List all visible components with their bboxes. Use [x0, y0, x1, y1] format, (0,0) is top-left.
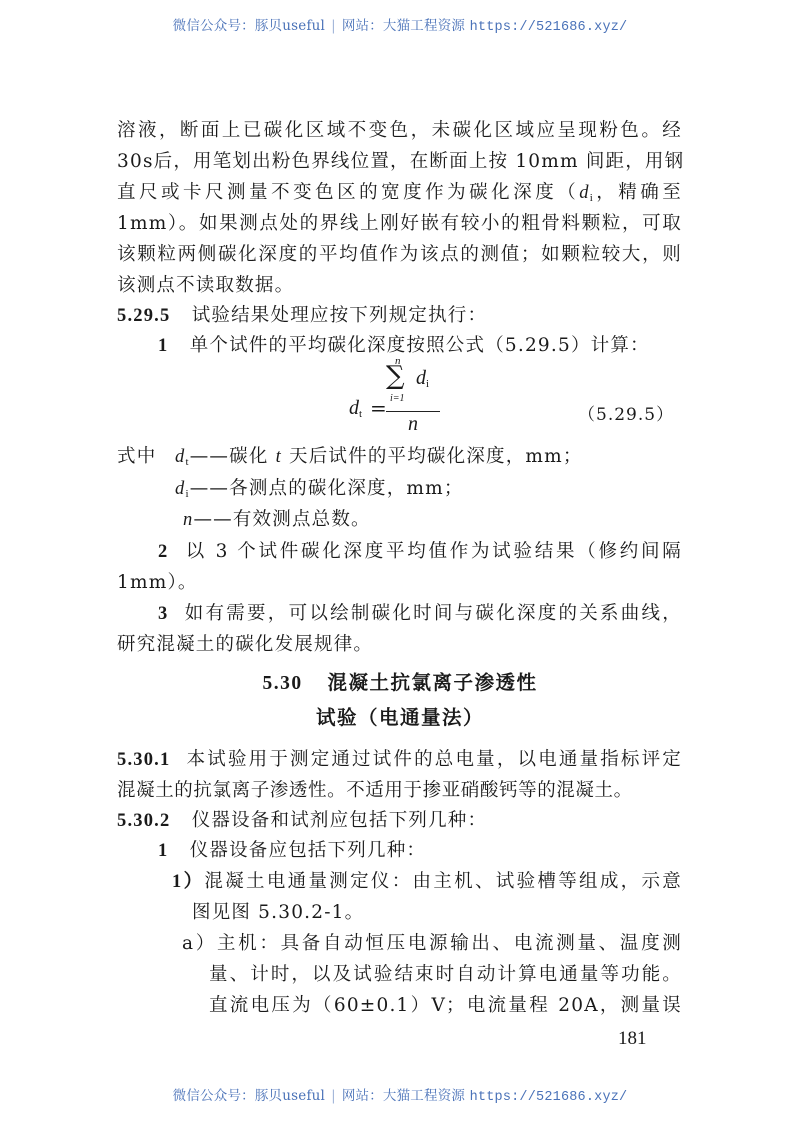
sub-item-1-cont: 图见图 5.30.2-1。 [192, 898, 364, 924]
formula-5-29-5: n ∑ di i=1 dt = n （5.29.5） [0, 355, 800, 435]
item-2: 2 以 3 个试件碳化深度平均值作为试验结果（修约间隔 [158, 537, 682, 563]
watermark-bottom: 微信公众号：豚贝useful|网站：大猫工程资源 https://521686.… [0, 1084, 800, 1105]
watermark-separator: | [325, 18, 342, 34]
item-text: 单个试件的平均碳化深度按照公式（5.29.5）计算： [190, 335, 650, 356]
where-label: 式中 [117, 442, 156, 468]
watermark-account: 微信公众号：豚贝useful [173, 18, 325, 34]
watermark-account: 微信公众号：豚贝useful [173, 1088, 325, 1104]
formula-label: （5.29.5） [578, 400, 674, 425]
paragraph-line: 1mm）。如果测点处的界线上刚好嵌有较小的粗骨料颗粒，可取 [117, 209, 682, 235]
definition-dt: dt——碳化 t 天后试件的平均碳化深度，mm； [175, 442, 583, 468]
clause-5-30-2: 5.30.2 仪器设备和试剂应包括下列几种： [117, 806, 487, 832]
clause-5-30-1-cont: 混凝土的抗氯离子渗透性。不适用于掺亚硝酸钙等的混凝土。 [117, 776, 633, 802]
paragraph-line: 该颗粒两侧碳化深度的平均值作为该点的测值；如颗粒较大，则 [117, 240, 682, 266]
clause-text: 试验结果处理应按下列规定执行： [192, 305, 488, 326]
watermark-top: 微信公众号：豚贝useful|网站：大猫工程资源 https://521686.… [0, 14, 800, 35]
watermark-site: 网站：大猫工程资源 [342, 1088, 465, 1104]
clause-5-30-2-item-1: 1 仪器设备应包括下列几种： [158, 836, 426, 862]
paragraph-text: 直尺或卡尺测量不变色区的宽度作为碳化深度（ [117, 182, 579, 203]
item-3: 3 如有需要，可以绘制碳化时间与碳化深度的关系曲线， [158, 599, 682, 625]
definition-n: n——有效测点总数。 [183, 505, 371, 531]
item-2-cont: 1mm）。 [117, 568, 198, 594]
item-number: 1 [158, 336, 168, 356]
paragraph-text: ，精确至 [594, 182, 682, 203]
paragraph-line: 溶液，断面上已碳化区域不变色，未碳化区域应呈现粉色。经 [117, 116, 682, 142]
numerator-var: di [416, 367, 429, 390]
section-heading-5-30-line2: 试验（电通量法） [0, 702, 800, 730]
fraction-bar [386, 411, 440, 412]
item-3-cont: 研究混凝土的碳化发展规律。 [117, 630, 373, 656]
clause-5-30-1: 5.30.1 本试验用于测定通过试件的总电量，以电通量指标评定 [117, 745, 682, 771]
watermark-site: 网站：大猫工程资源 [342, 18, 465, 34]
definition-di: di——各测点的碳化深度，mm； [175, 474, 464, 500]
sub-item-1: 1）混凝土电通量测定仪：由主机、试验槽等组成，示意 [172, 867, 682, 893]
paragraph-line: 直尺或卡尺测量不变色区的宽度作为碳化深度（di，精确至 [117, 178, 682, 204]
page-number: 181 [618, 1028, 647, 1050]
denominator: n [408, 413, 418, 436]
sub-item-a: a）主机：具备自动恒压电源输出、电流测量、温度测 [182, 929, 682, 955]
paragraph-line: 该测点不读取数据。 [117, 271, 294, 297]
equals-sign: = [370, 396, 387, 420]
sum-lower-limit: i=1 [390, 393, 405, 404]
sigma-icon: ∑ [386, 361, 405, 391]
lhs-var: dt [349, 397, 362, 420]
clause-5-29-5: 5.29.5 试验结果处理应按下列规定执行： [117, 301, 487, 327]
watermark-url: https://521686.xyz/ [470, 1090, 628, 1105]
watermark-url: https://521686.xyz/ [470, 20, 628, 35]
clause-number: 5.29.5 [117, 306, 170, 326]
sub-item-a-line2: 量、计时，以及试验结束时自动计算电通量等功能。 [209, 960, 682, 986]
paragraph-line: 30s后，用笔划出粉色界线位置，在断面上按 10mm 间距，用钢 [117, 147, 682, 173]
var-di: di [579, 183, 594, 203]
sub-item-a-line3: 直流电压为（60±0.1）V；电流量程 20A，测量误 [209, 991, 682, 1017]
item-1: 1 单个试件的平均碳化深度按照公式（5.29.5）计算： [158, 331, 650, 357]
watermark-separator: | [325, 1088, 342, 1104]
section-heading-5-30: 5.30 混凝土抗氯离子渗透性 [0, 667, 800, 695]
